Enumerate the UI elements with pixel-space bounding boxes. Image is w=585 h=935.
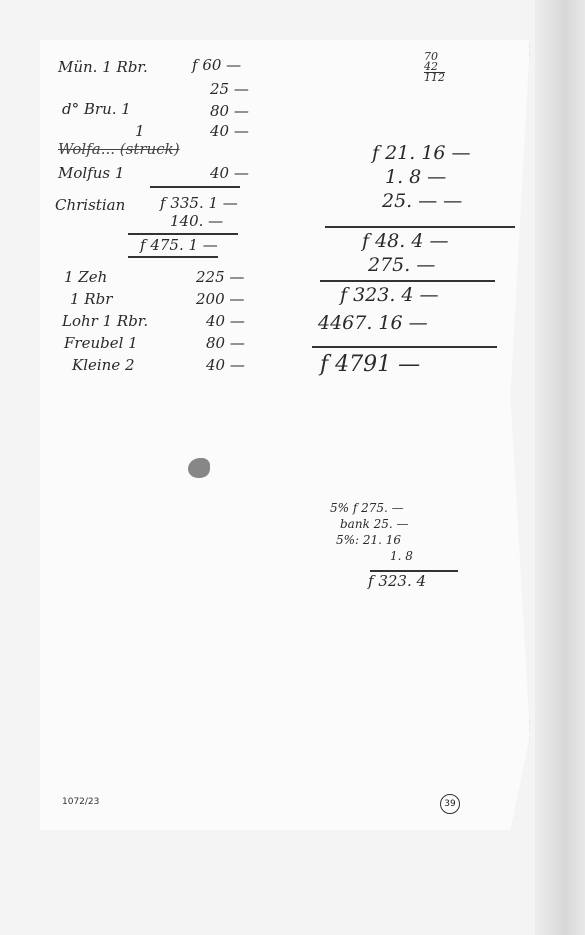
entry-value: 225 — [196, 268, 244, 286]
entry-value: 40 — [210, 122, 249, 140]
entry-label: Kleine 2 [72, 356, 135, 374]
sum2-line: f 48. 4 — [362, 230, 448, 252]
page-number-stamp: 39 [440, 794, 460, 814]
entry-label: Freubel 1 [64, 334, 138, 352]
christian-label: Christian [55, 196, 125, 214]
grand-total: f 4791 — [320, 352, 420, 377]
note-line: 5%: 21. 16 [330, 532, 413, 548]
entry-value: 25 — [210, 80, 249, 98]
entry-label: 1 [135, 122, 145, 140]
entry-value: 40 — [206, 356, 245, 374]
sum-rule [325, 226, 515, 228]
archive-number: 1072/23 [62, 797, 99, 807]
sum-rule [320, 280, 495, 282]
ink-blot [188, 458, 210, 478]
christian-total: f 475. 1 — [140, 236, 218, 254]
sum-rule [312, 346, 497, 348]
entry-value: 40 — [206, 312, 245, 330]
sum1-line: f 21. 16 — [372, 142, 471, 164]
entry-label: 1 Zeh [64, 268, 107, 286]
top-calc: 70 42 112 [424, 52, 445, 83]
entry-value: f 60 — [192, 56, 241, 74]
entry-value: 40 — [210, 164, 249, 182]
sum3-line: f 323. 4 — [340, 284, 439, 306]
note-line: bank 25. — [330, 516, 413, 532]
sum-rule [128, 256, 218, 258]
sum-rule [128, 233, 238, 235]
note-line: 5% f 275. — [330, 500, 413, 516]
entry-label: 1 Rbr [70, 290, 112, 308]
underline [150, 186, 240, 188]
sum1-line: 25. — — [382, 190, 462, 212]
sum3-line: 4467. 16 — [318, 312, 428, 334]
entry-label: Molfus 1 [58, 164, 124, 182]
sum1-line: 1. 8 — [385, 166, 446, 188]
note-line: 1. 8 [330, 548, 413, 564]
christian-line: 140. — [170, 212, 223, 230]
calc-result: 112 [424, 72, 445, 83]
note-total: f 323. 4 [368, 572, 426, 590]
entry-label: d° Bru. 1 [62, 100, 131, 118]
sum2-line: 275. — [368, 254, 435, 276]
entry-label: Mün. 1 Rbr. [58, 58, 148, 76]
entry-label: Lohr 1 Rbr. [62, 312, 148, 330]
side-calculation: 5% f 275. — bank 25. — 5%: 21. 16 1. 8 [330, 500, 413, 564]
christian-line: f 335. 1 — [160, 194, 238, 212]
entry-value: 80 — [210, 102, 249, 120]
scanner-background [535, 0, 585, 935]
struck-entry: Wolfa... (struck) [58, 140, 180, 158]
entry-value: 80 — [206, 334, 245, 352]
entry-value: 200 — [196, 290, 244, 308]
